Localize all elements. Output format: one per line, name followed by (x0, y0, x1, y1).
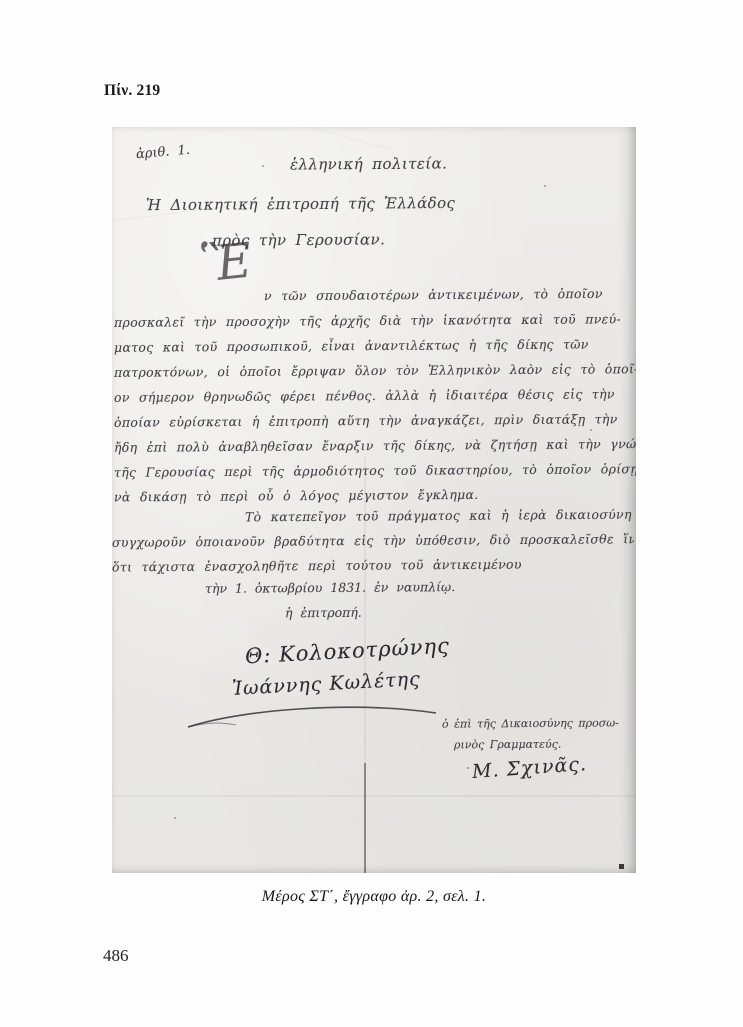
decorative-initial: Ἓ (198, 236, 254, 289)
manuscript-doc-number: ἀριθ. 1. (135, 143, 190, 163)
manuscript-line: προσκαλεῖ τὴν προσοχὴν τῆς ἀρχῆς διὰ τὴν… (114, 311, 636, 330)
manuscript-line: ὁποίαν εὑρίσκεται ἡ ἐπιτροπὴ αὕτη τὴν ἀν… (114, 411, 636, 430)
manuscript-line: ον σήμερον θρηνωδῶς φέρει πένθος. ἀλλὰ ἡ… (114, 386, 636, 405)
paper-speck (174, 817, 176, 819)
horizontal-fold-crease (112, 795, 636, 797)
manuscript-committee-line: ἡ ἐπιτροπή. (285, 605, 362, 621)
manuscript-line: ὅτι τάχιστα ἐνασχοληθῆτε περὶ τούτου τοῦ… (112, 557, 522, 575)
manuscript-heading-state: ἑλληνική πολιτεία. (290, 154, 447, 173)
book-page: Πίν. 219 ἀριθ. 1. ἑλληνική πολιτεία. Ἡ Δ… (0, 0, 743, 1027)
page-number: 486 (103, 946, 129, 966)
manuscript-line: νὰ δικάσῃ τὸ περὶ οὗ ὁ λόγος μέγιστον ἔγ… (114, 487, 514, 505)
vertical-fold-crease-dark (364, 763, 366, 873)
secretary-title-line1: ὁ ἐπὶ τῆς Δικαιοσύνης προσω- (442, 716, 619, 730)
manuscript-line: ν τῶν σπουδαιοτέρων ἀντικειμένων, τὸ ὁπο… (264, 286, 634, 304)
secretary-title-line2: ρινὸς Γραμματεύς. (454, 738, 561, 752)
manuscript-scan: ἀριθ. 1. ἑλληνική πολιτεία. Ἡ Διοικητική… (112, 127, 636, 873)
signature-kolokotronis: Θ: Κολοκοτρώνης (245, 634, 451, 669)
manuscript-date-line: τὴν 1. ὀκτωβρίου 1831. ἐν ναυπλίῳ. (205, 579, 455, 596)
signature-kolettis: Ἰωάννης Κωλέτης (232, 668, 422, 700)
manuscript-line: ἤδη ἐπὶ πολὺ ἀναβληθεῖσαν ἔναρξιν τῆς δί… (114, 436, 636, 455)
figure-caption: Μέρος ΣΤ΄, ἔγγραφο ἀρ. 2, σελ. 1. (112, 888, 636, 906)
manuscript-heading-committee: Ἡ Διοικητική ἐπιτροπή τῆς Ἑλλάδος (146, 194, 455, 214)
signature-secretary: Μ. Σχινᾶς. (471, 753, 587, 783)
paper-speck (467, 767, 469, 769)
manuscript-line: ματος καὶ τοῦ προσωπικοῦ, εἶναι ἀναντιλέ… (114, 336, 636, 355)
plate-label: Πίν. 219 (104, 82, 160, 100)
manuscript-line: τῆς Γερουσίας περὶ τῆς ἁρμοδιότητος τοῦ … (114, 461, 636, 480)
top-crease (264, 127, 389, 150)
manuscript-line: συγχωροῦν ὁποιανοῦν βραδύτητα εἰς τὴν ὑπ… (112, 531, 634, 550)
manuscript-line: πατροκτόνων, οἱ ὁποῖοι ἔρριψαν ὅλον τὸν … (114, 361, 636, 380)
manuscript-line: Τὸ κατεπεῖγον τοῦ πράγματος καὶ ἡ ἱερὰ δ… (245, 507, 634, 525)
paper-speck (544, 185, 546, 187)
paper-speck (590, 429, 592, 431)
paper-speck (262, 165, 264, 167)
signature-flourish (184, 699, 444, 733)
paper-speck (619, 864, 624, 869)
